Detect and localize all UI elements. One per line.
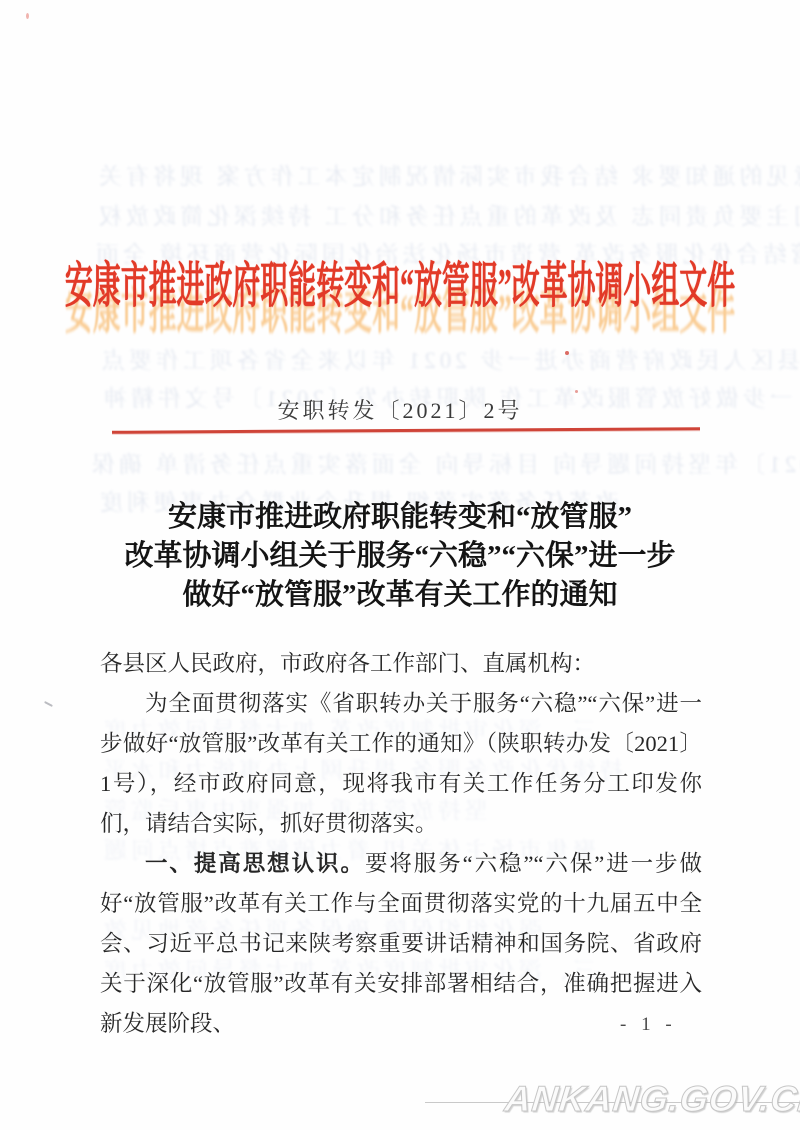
document-body: 各县区人民政府，市政府各工作部门、直属机构： 为全面贯彻落实《省职转办关于服务“… xyxy=(100,644,702,1044)
document-title: 安康市推进政府职能转变和“放管服” 改革协调小组关于服务“六稳”“六保”进一步 … xyxy=(0,498,800,615)
document-title-line-2: 改革协调小组关于服务“六稳”“六保”进一步 xyxy=(0,537,800,576)
letterhead-banner: 安康市推进政府职能转变和“放管服”改革协调小组文件 xyxy=(65,258,735,314)
scanned-document-page: 实施意见的通知要求 结合我市实际情况制定本工作方案 现将有关 部门主要负责同志 … xyxy=(0,0,800,1130)
document-title-line-1: 安康市推进政府职能转变和“放管服” xyxy=(0,498,800,537)
section-1-text: 要将服务“六稳”“六保”进一步做好“放管服”改革有关工作与全面贯彻落实党的十九届… xyxy=(100,851,702,1036)
salutation: 各县区人民政府，市政府各工作部门、直属机构： xyxy=(100,644,702,684)
document-title-line-3: 做好“放管服”改革有关工作的通知 xyxy=(0,576,800,615)
bleedthrough-text: 〔2021〕年坚持问题导向 目标导向 全面落实重点任务清单 确保 xyxy=(88,446,800,479)
bleedthrough-text: 各县区人民政府营商办进一步 2021 年以来全省各项工作要点 xyxy=(98,342,800,375)
scan-speck xyxy=(575,390,578,393)
section-1-heading: 一、提高思想认识。 xyxy=(145,851,365,876)
page-number: - 1 - xyxy=(620,1014,677,1036)
bleedthrough-text: 部门主要负责同志 及改革的重点任务和分工 持续深化简政放权 xyxy=(95,198,800,231)
scan-speck xyxy=(26,13,29,19)
paragraph-section-1: 一、提高思想认识。要将服务“六稳”“六保”进一步做好“放管服”改革有关工作与全面… xyxy=(100,844,702,1044)
document-number: 安职转发〔2021〕2号 xyxy=(0,394,800,425)
scan-speck xyxy=(565,351,569,355)
paragraph-intro: 为全面贯彻落实《省职转办关于服务“六稳”“六保”进一步做好“放管服”改革有关工作… xyxy=(100,684,702,844)
bleedthrough-text: 实施意见的通知要求 结合我市实际情况制定本工作方案 现将有关 xyxy=(95,158,800,191)
scan-speck xyxy=(44,701,53,707)
red-divider-rule xyxy=(112,427,700,434)
ankang-gov-watermark: ANKANG.GOV.CN xyxy=(503,1078,800,1120)
